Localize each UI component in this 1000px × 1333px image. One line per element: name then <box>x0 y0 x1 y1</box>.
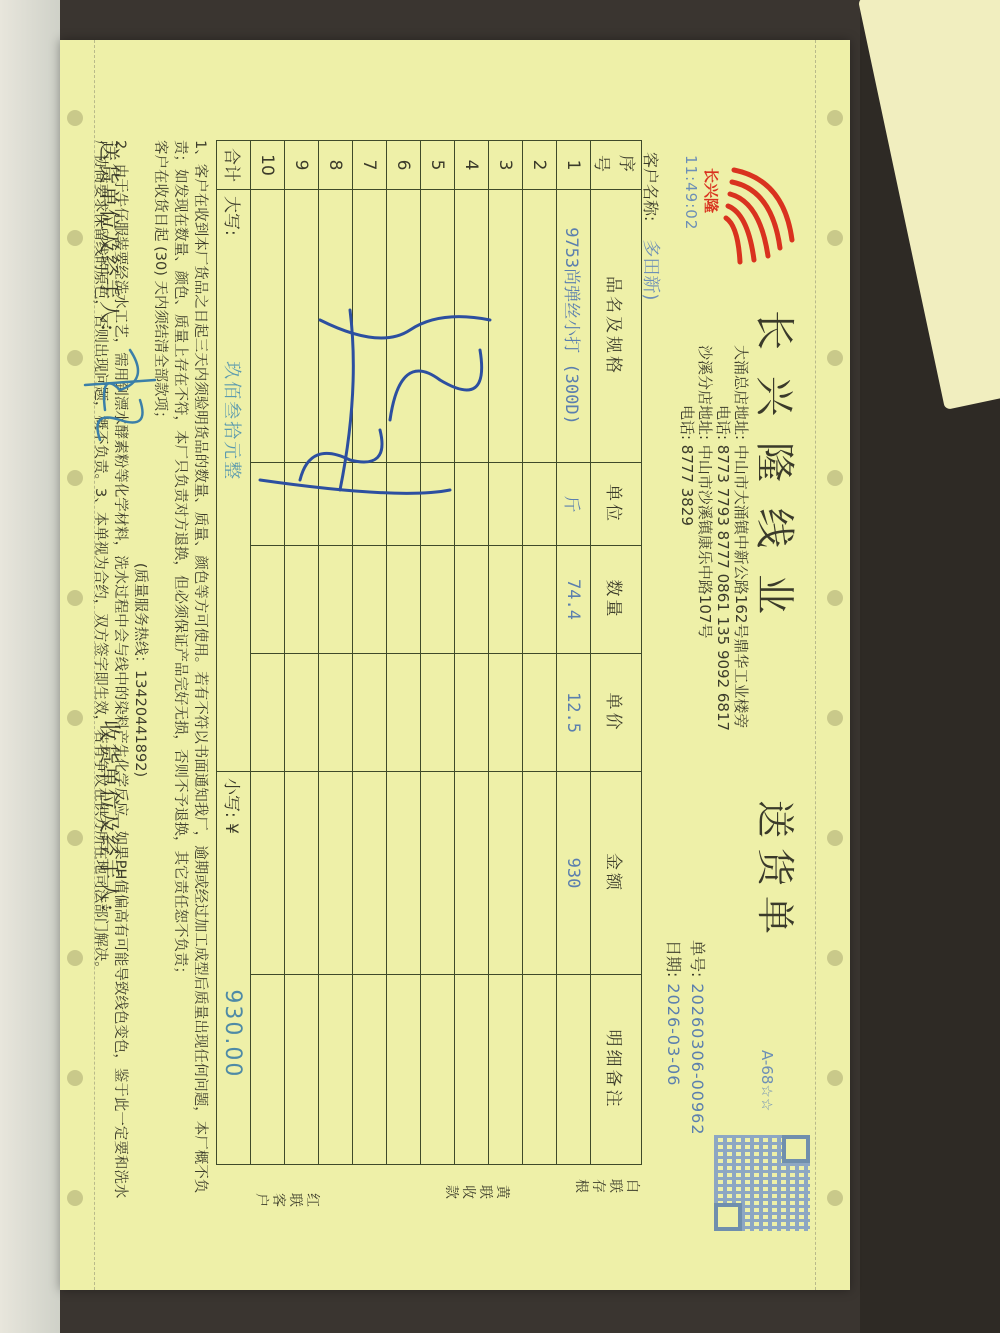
cell-price <box>523 654 557 772</box>
branch-office-address: 沙溪分店地址: 中山市沙溪镇康乐中路107号 <box>696 310 714 638</box>
total-numeric: 小写: ¥ 930.00 <box>217 772 251 1165</box>
cell-name <box>285 190 319 463</box>
cell-qty <box>421 546 455 654</box>
branch-office-phone-label: 电话: <box>678 310 696 440</box>
column-header-price: 单价 <box>591 654 642 772</box>
cell-qty <box>251 546 285 654</box>
cell-remark <box>523 975 557 1165</box>
cell-remark <box>285 975 319 1165</box>
cell-amount <box>353 772 387 975</box>
cell-price <box>285 654 319 772</box>
table-row: 5 <box>421 141 455 1165</box>
head-office-address-label: 大涌总店地址: <box>732 310 750 440</box>
table-row: 8 <box>319 141 353 1165</box>
cell-no: 1 <box>557 141 591 190</box>
column-header-unit: 单位 <box>591 463 642 546</box>
branch-office-address-value: 中山市沙溪镇康乐中路107号 <box>696 445 714 639</box>
cell-amount <box>455 772 489 975</box>
cell-unit <box>285 463 319 546</box>
cell-unit <box>523 463 557 546</box>
cell-amount <box>285 772 319 975</box>
table-row: 6 <box>387 141 421 1165</box>
order-number-label: 单号: <box>688 940 707 977</box>
table-header-row: 序号 品名及规格 单位 数量 单价 金额 明细备注 <box>591 141 642 1165</box>
order-number: 单号:20260306-00962 <box>687 940 710 1136</box>
qr-code-icon <box>714 1135 810 1231</box>
cell-no: 7 <box>353 141 387 190</box>
total-numeric-value: 930.00 <box>221 989 246 1078</box>
cell-name <box>353 190 387 463</box>
table-row: 2 <box>523 141 557 1165</box>
cell-no: 5 <box>421 141 455 190</box>
cell-remark <box>387 975 421 1165</box>
table-row: 3 <box>489 141 523 1165</box>
cell-name <box>455 190 489 463</box>
cell-price <box>421 654 455 772</box>
cell-remark <box>489 975 523 1165</box>
order-date: 日期:2026-03-06 <box>663 940 686 1086</box>
cell-name <box>421 190 455 463</box>
background-paper-stack <box>0 0 60 1333</box>
delivery-note-sheet: 长兴隆 11:49:02 长兴隆线业 送货单 大涌总店地址: 中山市大涌镇中新公… <box>60 40 850 1290</box>
cell-qty <box>489 546 523 654</box>
print-time: 11:49:02 <box>682 155 700 230</box>
order-date-value: 2026-03-06 <box>664 983 683 1086</box>
copy-label-white: 白联存根 <box>572 1176 640 1196</box>
cell-amount <box>523 772 557 975</box>
table-row: 4 <box>455 141 489 1165</box>
serial-code: A-68☆☆ <box>758 1050 776 1111</box>
branch-office-phone-value: 8777 3829 <box>678 445 696 526</box>
cell-unit <box>421 463 455 546</box>
company-name: 长兴隆线业 <box>749 310 806 640</box>
cell-remark <box>455 975 489 1165</box>
cell-unit: 斤 <box>557 463 591 546</box>
table-row: 1 9753尚弹丝小打 (300D) 斤 74.4 12.5 930 <box>557 141 591 1165</box>
table-row: 9 <box>285 141 319 1165</box>
cell-price <box>455 654 489 772</box>
tractor-holes-bottom <box>60 40 90 1290</box>
cell-unit <box>251 463 285 546</box>
tractor-holes-top <box>820 40 850 1290</box>
cell-name <box>523 190 557 463</box>
sender-signature-label: 送货单位及经手人: <box>95 140 125 333</box>
cell-unit <box>455 463 489 546</box>
perforation-line-top <box>815 40 816 1290</box>
total-row: 合计 大写: 玖佰叁拾元整 小写: ¥ 930.00 <box>217 141 251 1165</box>
cell-name <box>489 190 523 463</box>
cell-remark <box>421 975 455 1165</box>
copy-label-red: 红联客户 <box>252 1190 320 1210</box>
company-logo-icon <box>714 160 804 270</box>
cell-no: 10 <box>251 141 285 190</box>
head-office-address: 大涌总店地址: 中山市大涌镇中新公路162号鼎华工业楼旁 <box>732 310 750 728</box>
cell-no: 3 <box>489 141 523 190</box>
logo-brand-text: 长兴隆 <box>701 168 722 213</box>
cell-no: 6 <box>387 141 421 190</box>
customer-name: 客户名称:多田新) <box>639 152 665 300</box>
column-header-no: 序号 <box>591 141 642 190</box>
cell-price <box>251 654 285 772</box>
cell-qty <box>319 546 353 654</box>
head-office-address-value: 中山市大涌镇中新公路162号鼎华工业楼旁 <box>732 445 750 729</box>
cell-no: 9 <box>285 141 319 190</box>
total-uppercase-value: 玖佰叁拾元整 <box>222 361 243 481</box>
cell-amount <box>319 772 353 975</box>
cell-price <box>489 654 523 772</box>
cell-no: 4 <box>455 141 489 190</box>
items-table: 序号 品名及规格 单位 数量 单价 金额 明细备注 1 9753尚弹丝小打 (3… <box>216 140 642 1165</box>
table-row: 7 <box>353 141 387 1165</box>
copy-label-yellow: 黄联收款 <box>442 1182 510 1202</box>
term-1: 1、客户在收到本厂货品之日起三天内须验明货品的数量、质量、颜色等方可使用。若有不… <box>170 140 210 1200</box>
head-office-phone: 电话: 8773 7793 8777 0861 135 9092 6817 <box>714 310 732 731</box>
cell-unit <box>489 463 523 546</box>
cell-price <box>387 654 421 772</box>
cell-amount <box>387 772 421 975</box>
cell-name: 9753尚弹丝小打 (300D) <box>557 190 591 463</box>
cell-amount <box>489 772 523 975</box>
cell-qty <box>353 546 387 654</box>
cell-price <box>353 654 387 772</box>
customer-name-value: 多田新) <box>640 239 661 300</box>
cell-unit <box>319 463 353 546</box>
cell-unit <box>387 463 421 546</box>
cell-no: 2 <box>523 141 557 190</box>
cell-qty <box>455 546 489 654</box>
table-row: 10 <box>251 141 285 1165</box>
cell-name <box>387 190 421 463</box>
total-uppercase-label: 大写: <box>222 196 242 236</box>
cell-remark <box>251 975 285 1165</box>
cell-remark <box>353 975 387 1165</box>
cell-price <box>319 654 353 772</box>
cell-amount <box>251 772 285 975</box>
branch-office-phone: 电话: 8777 3829 <box>678 310 696 526</box>
cell-price: 12.5 <box>557 654 591 772</box>
cell-remark <box>557 975 591 1165</box>
head-office-phone-value: 8773 7793 8777 0861 135 9092 6817 <box>714 445 732 731</box>
order-number-value: 20260306-00962 <box>688 983 707 1135</box>
column-header-amount: 金额 <box>591 772 642 975</box>
term-payment: 客户在收货日起 (30) 天内须结清全部款项； <box>150 140 170 1200</box>
cell-amount: 930 <box>557 772 591 975</box>
total-numeric-label: 小写: ¥ <box>222 778 242 834</box>
cell-name <box>251 190 285 463</box>
cell-qty <box>523 546 557 654</box>
receiver-signature-label: 收货单位及经手人: <box>95 720 125 913</box>
cell-remark <box>319 975 353 1165</box>
cell-qty <box>285 546 319 654</box>
cell-unit <box>353 463 387 546</box>
column-header-qty: 数量 <box>591 546 642 654</box>
quality-hotline: (质量服务热线：13420441892) <box>130 140 150 1200</box>
column-header-remark: 明细备注 <box>591 975 642 1165</box>
document-title: 送货单 <box>751 800 806 944</box>
cell-qty <box>387 546 421 654</box>
customer-name-label: 客户名称: <box>641 152 660 221</box>
order-date-label: 日期: <box>664 940 683 977</box>
cell-amount <box>421 772 455 975</box>
cell-qty: 74.4 <box>557 546 591 654</box>
cell-name <box>319 190 353 463</box>
column-header-name: 品名及规格 <box>591 190 642 463</box>
branch-office-address-label: 沙溪分店地址: <box>696 310 714 440</box>
head-office-phone-label: 电话: <box>714 310 732 440</box>
total-label: 合计 <box>217 141 251 190</box>
total-uppercase: 大写: 玖佰叁拾元整 <box>217 190 251 772</box>
cell-no: 8 <box>319 141 353 190</box>
